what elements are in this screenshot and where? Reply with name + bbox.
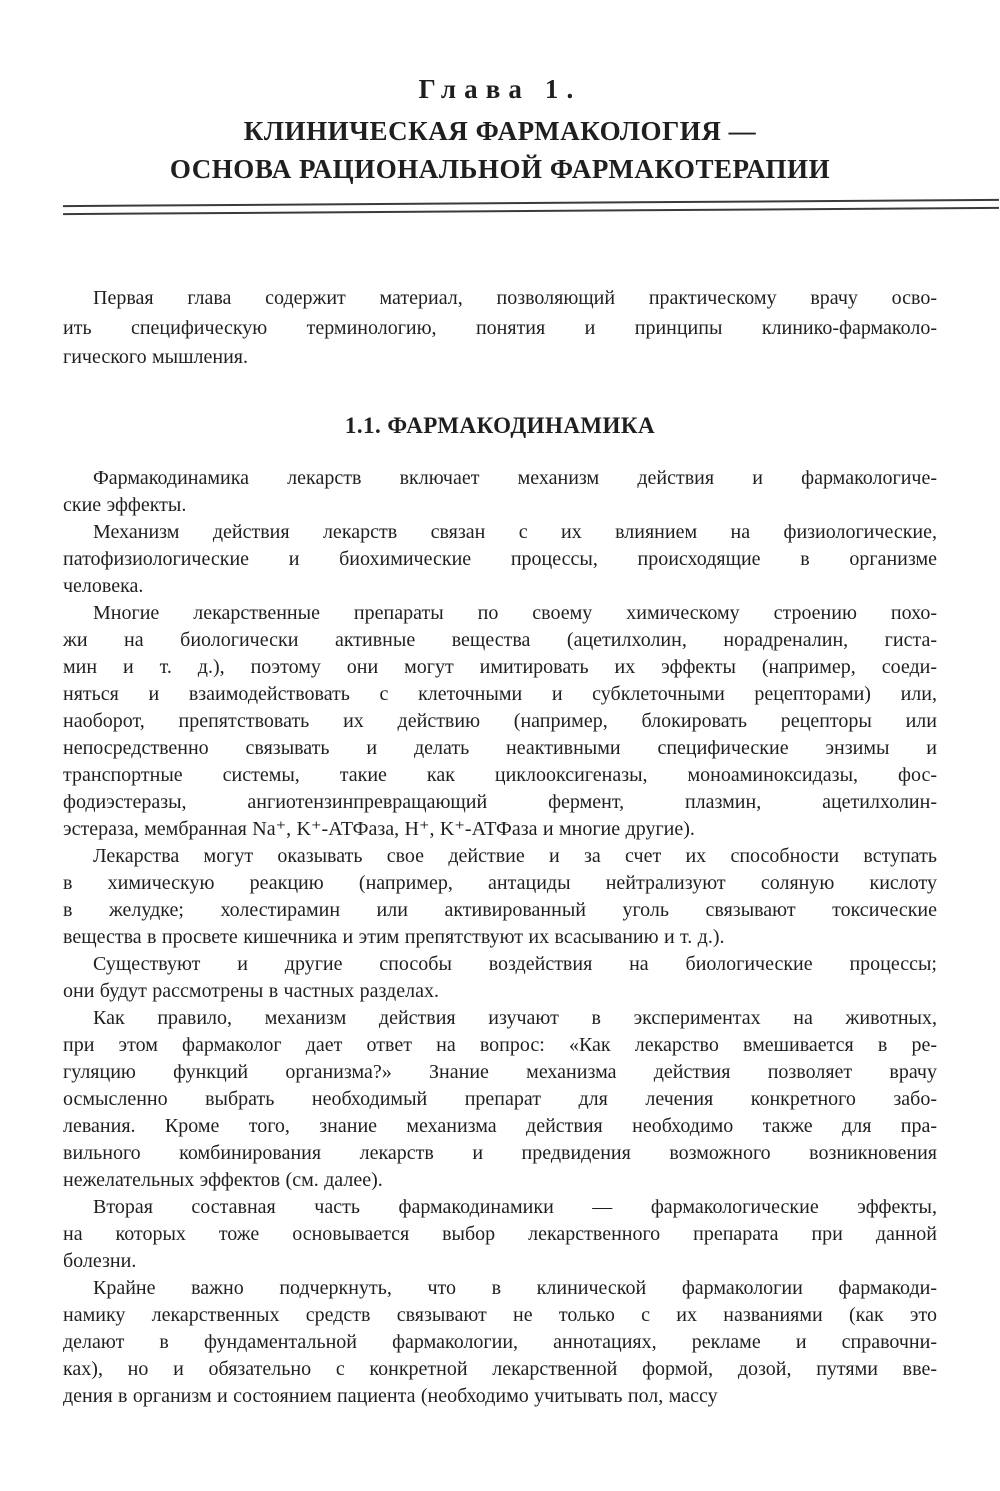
paragraph-line: няться и взаимодействовать с клеточными … bbox=[63, 681, 937, 708]
paragraph-line: вещества в просвете кишечника и этим пре… bbox=[63, 924, 937, 951]
paragraph-line: Лекарства могут оказывать свое действие … bbox=[63, 843, 937, 870]
paragraph-line: при этом фармаколог дает ответ на вопрос… bbox=[63, 1032, 937, 1059]
paragraph-line: мин и т. д.), поэтому они могут имитиров… bbox=[63, 654, 937, 681]
paragraph-line: Как правило, механизм действия изучают в… bbox=[63, 1005, 937, 1032]
paragraph-line: наоборот, препятствовать их действию (на… bbox=[63, 708, 937, 735]
paragraph-line: Многие лекарственные препараты по своему… bbox=[63, 600, 937, 627]
paragraph-line: левания. Кроме того, знание механизма де… bbox=[63, 1113, 937, 1140]
paragraph-line: нежелательных эффектов (см. далее). bbox=[63, 1167, 937, 1194]
chapter-head: Глава 1. КЛИНИЧЕСКАЯ ФАРМАКОЛОГИЯ — ОСНО… bbox=[63, 0, 937, 188]
paragraph-line: Фармакодинамика лекарств включает механи… bbox=[63, 465, 937, 492]
paragraph-line: транспортные системы, такие как циклоокс… bbox=[63, 762, 937, 789]
chapter-title-line-2: ОСНОВА РАЦИОНАЛЬНОЙ ФАРМАКОТЕРАПИИ bbox=[63, 150, 937, 188]
chapter-number-label: Глава 1. bbox=[63, 72, 937, 106]
double-rule bbox=[63, 199, 999, 215]
paragraph-line: осмысленно выбрать необходимый препарат … bbox=[63, 1086, 937, 1113]
paragraph-line: намику лекарственных средств связывают н… bbox=[63, 1302, 937, 1329]
paragraph-line: гуляцию функций организма?» Знание механ… bbox=[63, 1059, 937, 1086]
intro-paragraphs: Первая глава содержит материал, позволяю… bbox=[63, 284, 937, 373]
paragraph-line: болезни. bbox=[63, 1248, 937, 1275]
paragraph: Механизм действия лекарств связан с их в… bbox=[63, 519, 937, 600]
paragraph-line: в желудке; холестирамин или активированн… bbox=[63, 897, 937, 924]
paragraph-line: они будут рассмотрены в частных разделах… bbox=[63, 978, 937, 1005]
paragraph-line: ках), но и обязательно с конкретной лека… bbox=[63, 1356, 937, 1383]
paragraph-line: дения в организм и состоянием пациента (… bbox=[63, 1383, 937, 1410]
paragraph: Существуют и другие способы воздействия … bbox=[63, 951, 937, 1005]
paragraph-line: гического мышления. bbox=[63, 343, 937, 373]
paragraph-line: Механизм действия лекарств связан с их в… bbox=[63, 519, 937, 546]
paragraph-line: фодиэстеразы, ангиотензинпревращающий фе… bbox=[63, 789, 937, 816]
paragraph-line: непосредственно связывать и делать неакт… bbox=[63, 735, 937, 762]
page-content: Глава 1. КЛИНИЧЕСКАЯ ФАРМАКОЛОГИЯ — ОСНО… bbox=[63, 0, 937, 1410]
paragraph: Первая глава содержит материал, позволяю… bbox=[63, 284, 937, 373]
title-separator bbox=[63, 199, 999, 215]
paragraph: Как правило, механизм действия изучают в… bbox=[63, 1005, 937, 1194]
section-heading: 1.1. ФАРМАКОДИНАМИКА bbox=[63, 411, 937, 441]
paragraph-line: Вторая составная часть фармакодинамики —… bbox=[63, 1194, 937, 1221]
paragraph-line: ить специфическую терминологию, понятия … bbox=[63, 314, 937, 344]
paragraph-line: ские эффекты. bbox=[63, 492, 937, 519]
paragraph-line: эстераза, мембранная Na⁺, K⁺-АТФаза, H⁺,… bbox=[63, 816, 937, 843]
paragraph-line: Крайне важно подчеркнуть, что в клиничес… bbox=[63, 1275, 937, 1302]
paragraph-line: человека. bbox=[63, 573, 937, 600]
paragraph: Многие лекарственные препараты по своему… bbox=[63, 600, 937, 843]
paragraph-line: жи на биологически активные вещества (ац… bbox=[63, 627, 937, 654]
paragraph-line: патофизиологические и биохимические проц… bbox=[63, 546, 937, 573]
paragraph-line: в химическую реакцию (например, антациды… bbox=[63, 870, 937, 897]
paragraph-line: на которых тоже основывается выбор лекар… bbox=[63, 1221, 937, 1248]
paragraph: Лекарства могут оказывать свое действие … bbox=[63, 843, 937, 951]
body-paragraphs: Фармакодинамика лекарств включает механи… bbox=[63, 465, 937, 1410]
book-page: Глава 1. КЛИНИЧЕСКАЯ ФАРМАКОЛОГИЯ — ОСНО… bbox=[0, 0, 1000, 1491]
paragraph-line: делают в фундаментальной фармакологии, а… bbox=[63, 1329, 937, 1356]
paragraph: Вторая составная часть фармакодинамики —… bbox=[63, 1194, 937, 1275]
chapter-title-line-1: КЛИНИЧЕСКАЯ ФАРМАКОЛОГИЯ — bbox=[63, 112, 937, 150]
paragraph: Фармакодинамика лекарств включает механи… bbox=[63, 465, 937, 519]
paragraph-line: Первая глава содержит материал, позволяю… bbox=[63, 284, 937, 314]
paragraph-line: Существуют и другие способы воздействия … bbox=[63, 951, 937, 978]
paragraph-line: вильного комбинирования лекарств и предв… bbox=[63, 1140, 937, 1167]
paragraph: Крайне важно подчеркнуть, что в клиничес… bbox=[63, 1275, 937, 1410]
